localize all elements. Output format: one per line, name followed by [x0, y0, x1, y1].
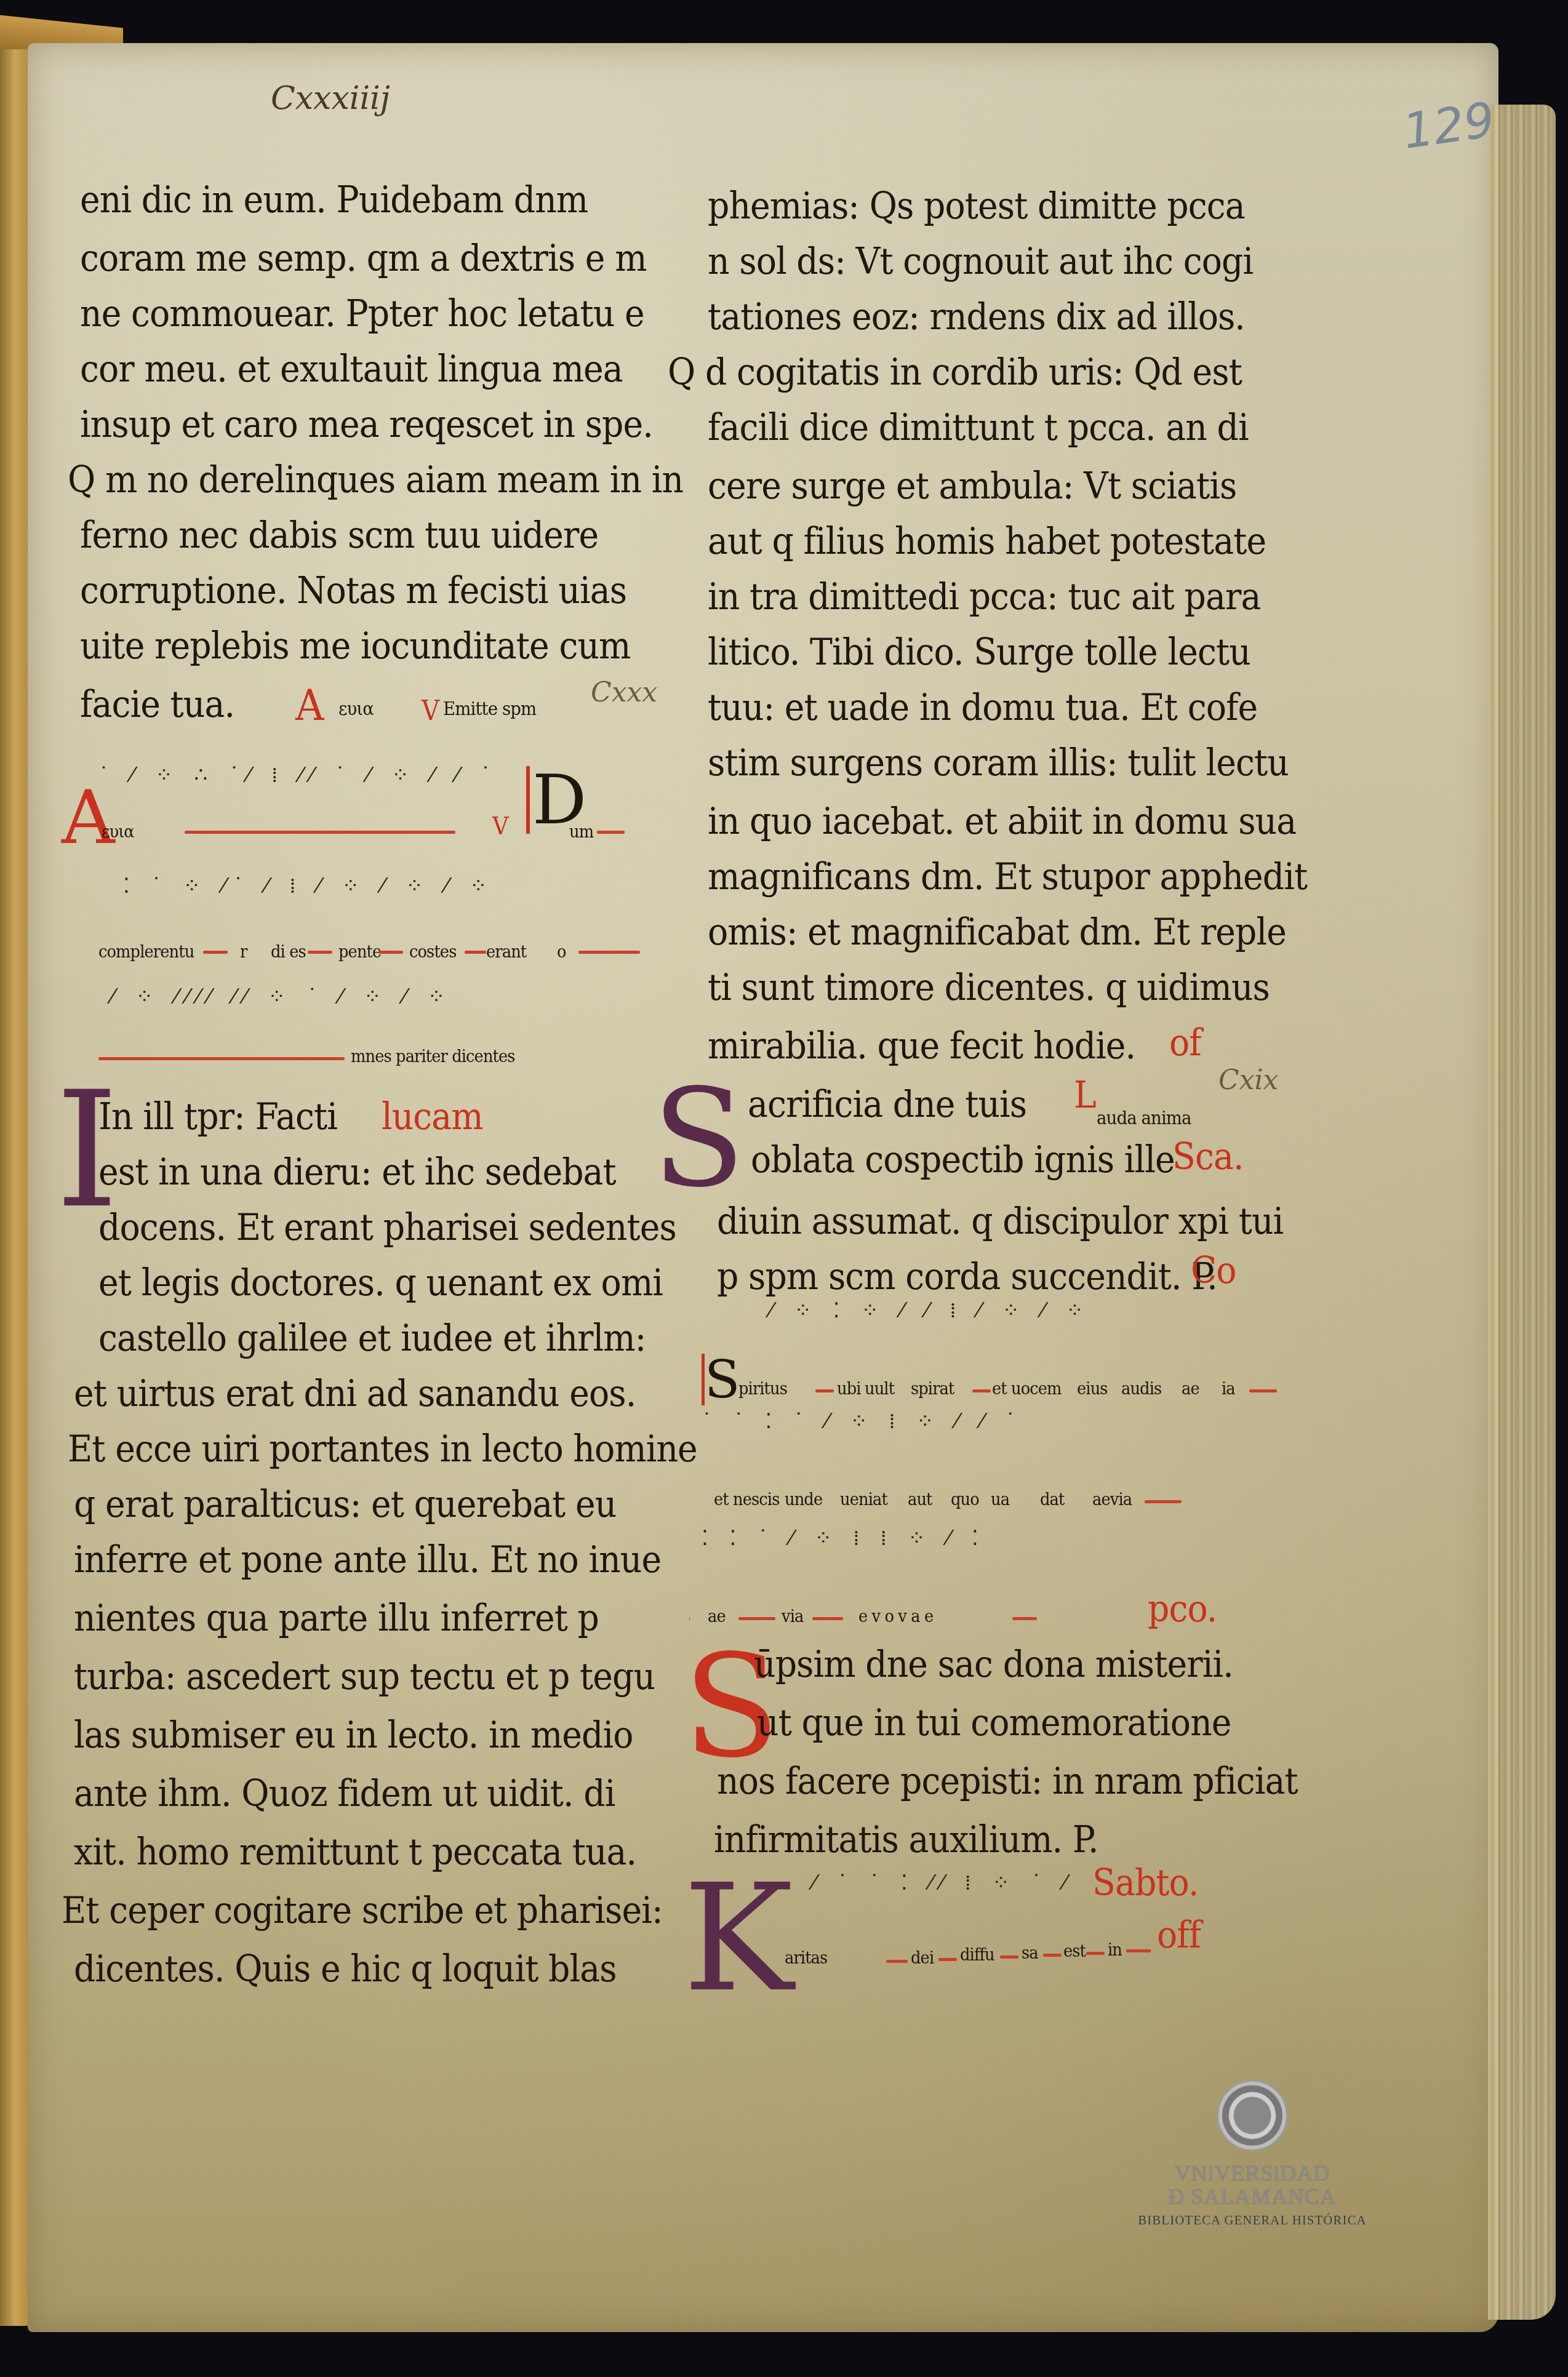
chant-syllable: ia	[1222, 1378, 1235, 1399]
text-line: oblata cospectib ignis ille	[751, 1138, 1175, 1181]
red-staff-line	[185, 831, 455, 834]
chant-syllable: uult	[865, 1378, 894, 1399]
text-line: las submiser eu in lecto. in medio	[74, 1714, 633, 1757]
text-line: uite replebis me iocunditate cum	[80, 625, 630, 668]
text-line: nos facere pcepisti: in nram pficiat	[717, 1760, 1298, 1803]
saturday-initial: K	[683, 1864, 793, 2012]
neumes: ˙ ˙ ⁚ ˙ ⁄ ⁘ ⁞ ⁘ ⁄ ⁄ ˙	[702, 1409, 1023, 1434]
rubric-communio: Co	[1191, 1249, 1236, 1292]
text-line: turba: ascedert sup tectu et p tegu	[74, 1655, 655, 1698]
text-line: ut que in tui comemoratione	[757, 1701, 1231, 1744]
chant-syllable: ueniat	[840, 1489, 887, 1509]
chant-syllable: ubi	[837, 1378, 861, 1399]
red-staff-line	[1043, 1954, 1062, 1957]
chant-syllable: unde	[785, 1489, 822, 1509]
chant-syllable: ae	[708, 1606, 726, 1626]
chant-syllable: et uocem	[992, 1378, 1062, 1399]
alleluia-text: ευια	[338, 698, 374, 720]
neumes: ⁄ ⁘ ⁄⁄⁄⁄ ⁄⁄ ⁘ ˙ ⁄ ⁘ ⁄ ⁘	[111, 985, 452, 1009]
lauda-initial: L	[1074, 1074, 1096, 1117]
text-line: Et ceper cogitare scribe et pharisei:	[62, 1889, 663, 1932]
chant-syllable: aevia	[1092, 1489, 1132, 1509]
verse-mark: V	[492, 812, 508, 841]
text-line: diuin assumat. q discipulor xpi tui	[717, 1200, 1283, 1243]
secret-initial: S	[652, 1071, 745, 1206]
text-line: cor meu. et exultauit lingua mea	[80, 348, 623, 391]
chant-syllable: complerentu	[98, 941, 194, 962]
red-staff-line	[1000, 1956, 1018, 1959]
text-line: et uirtus erat dni ad sanandu eos.	[74, 1372, 636, 1415]
chant-syllable: piritus	[738, 1378, 787, 1399]
text-line: Q d cogitatis in cordib uris: Qd est	[668, 351, 1242, 394]
rubric-office: off	[1157, 1914, 1201, 1957]
chant-syllable: r	[240, 941, 247, 962]
text-line: dicentes. Quis e hic q loquit blas	[74, 1948, 617, 1991]
text-line: facie tua.	[80, 683, 234, 726]
chant-syllable: aut	[908, 1489, 932, 1509]
library-watermark: VNiVERSiDAD Ð SALAMANCA BIBLIOTECA GENER…	[1135, 2080, 1369, 2228]
text-line: ferno nec dabis scm tuu uidere	[80, 514, 598, 557]
chant-syllable: spirat	[911, 1378, 954, 1399]
text-line: coram me semp. qm a dextris e m	[80, 237, 647, 280]
text-line: cere surge et ambula: Vt sciatis	[708, 465, 1236, 508]
text-line: litico. Tibi dico. Surge tolle lectu	[708, 631, 1250, 674]
text-line: Et ecce uiri portantes in lecto homine	[68, 1428, 697, 1471]
rubric-postcommunio: pco.	[1148, 1588, 1217, 1631]
chant-syllable: dat	[1040, 1489, 1064, 1509]
red-staff-line	[815, 1389, 834, 1392]
chant-syllable: di es	[271, 941, 306, 962]
university-seal-icon	[1217, 2080, 1288, 2151]
chant-syllable: costes	[409, 941, 456, 962]
red-staff-line	[1249, 1389, 1277, 1392]
text-line: in quo iacebat. et abiit in domu sua	[708, 800, 1296, 843]
red-staff-line	[578, 951, 640, 954]
running-header: Cxxxiiij	[271, 80, 390, 117]
red-staff-line	[1012, 1617, 1037, 1620]
text-line: magnificans dm. Et stupor apphedit	[708, 855, 1307, 898]
rubric-sabbato: Sabto.	[1092, 1861, 1199, 1904]
text-line: eni dic in eum. Puidebam dnm	[80, 178, 588, 222]
text-line: in tra dimittedi pcca: tuc ait para	[708, 575, 1260, 618]
red-staff-line	[98, 1057, 345, 1060]
communion-initial: S	[702, 1354, 740, 1405]
text-line: ti sunt timore dicentes. q uidimus	[708, 966, 1270, 1009]
red-staff-line	[1145, 1500, 1182, 1503]
text-line: Q m no derelinques aiam meam in in	[68, 458, 683, 501]
watermark-line-2: Ð SALAMANCA	[1135, 2186, 1369, 2209]
chant-syllable: eius	[1077, 1378, 1108, 1399]
page-edges-stack	[1488, 105, 1556, 2320]
red-staff-line	[378, 951, 403, 954]
margin-note-left: Cxxx	[591, 677, 657, 708]
chant-syllable: pente	[338, 941, 381, 962]
chant-syllable: erant	[486, 941, 526, 962]
text-line: facili dice dimittunt t pcca. an di	[708, 406, 1249, 449]
chant-syllable: quo	[951, 1489, 979, 1509]
neumes: ⁚ ˙ ⁘ ⁄˙ ⁄ ⁞ ⁄ ⁘ ⁄ ⁘ ⁄ ⁘	[123, 874, 494, 898]
red-staff-line	[308, 951, 332, 954]
text-line: est in una dieru: et ihc sedebat	[98, 1151, 616, 1194]
lauda-anima-incipit: auda anima	[1097, 1108, 1191, 1129]
text-line: ne commouear. Ppter hoc letatu e	[80, 292, 644, 335]
red-staff-line	[689, 1617, 690, 1620]
red-staff-line	[465, 951, 486, 954]
red-staff-line	[738, 1617, 775, 1620]
neumes: ⁄ ˙ ˙ ⁚ ⁄⁄ ⁞ ⁘ ˙ ⁄	[812, 1871, 1074, 1895]
text-line: phemias: Qs potest dimitte pcca	[708, 185, 1245, 228]
red-staff-line	[972, 1389, 991, 1392]
chant-syllable: e v o v a e	[858, 1606, 933, 1626]
text-line: inferre et pone ante illu. Et no inue	[74, 1538, 661, 1581]
red-staff-line	[203, 951, 228, 954]
chant-syllables: ευια	[102, 821, 134, 842]
rubric-offertory: of	[1169, 1021, 1201, 1065]
text-line: xit. homo remittunt t peccata tua.	[74, 1831, 636, 1874]
verse-incipit: Emitte spm	[443, 698, 536, 720]
chant-syllables: mnes pariter dicentes	[351, 1046, 515, 1066]
text-line: tationes eoz: rndens dix ad illos.	[708, 295, 1245, 338]
text-line: aut q filius homis habet potestate	[708, 520, 1266, 563]
chant-syllable: via	[782, 1606, 803, 1626]
text-line: n sol ds: Vt cognouit aut ihc cogi	[708, 240, 1253, 283]
text-line: omis: et magnificabat dm. Et reple	[708, 911, 1286, 954]
text-line: docens. Et erant pharisei sedentes	[98, 1206, 676, 1249]
text-line: castello galilee et iudee et ihrlm:	[98, 1317, 646, 1360]
text-line: mirabilia. que fecit hodie.	[708, 1025, 1135, 1068]
text-line: insup et caro mea reqescet in spe.	[80, 403, 653, 446]
chant-syllables: um	[569, 821, 593, 842]
text-line: q erat paralticus: et querebat eu	[74, 1483, 616, 1526]
red-staff-line	[1126, 1949, 1151, 1952]
text-line: p spm scm corda succendit. P.	[717, 1255, 1217, 1298]
chant-syllable: o	[557, 941, 566, 962]
chant-syllable: audis	[1121, 1378, 1161, 1399]
gospel-rubric: lucam	[382, 1095, 483, 1138]
chant-syllable: ae	[1182, 1378, 1199, 1399]
chant-syllable: est	[1063, 1941, 1086, 1961]
chant-syllable: diffu	[960, 1944, 994, 1965]
alleluia-initial: A	[295, 680, 324, 730]
neumes: ⁄ ⁘ ⁚ ⁘ ⁄ ⁄ ⁞ ⁄ ⁘ ⁄ ⁘	[769, 1298, 1091, 1323]
text-line: tuu: et uade in domu tua. Et cofe	[708, 686, 1257, 729]
red-staff-line	[938, 1958, 957, 1961]
text-line: stim surgens coram illis: tulit lectu	[708, 741, 1289, 785]
neumes: ⁚ ⁚ ˙ ⁄ ⁘ ⁞ ⁞ ⁘ ⁄ ⁚	[702, 1526, 986, 1551]
watermark-line-1: VNiVERSiDAD	[1135, 2162, 1369, 2186]
chant-syllable: aritas	[785, 1948, 827, 1968]
chant-initial: A	[62, 781, 115, 855]
chant-syllable: sa	[1022, 1943, 1038, 1963]
red-staff-line	[886, 1960, 908, 1963]
text-line: ūpsim dne sac dona misterii.	[754, 1643, 1233, 1686]
chant-syllable: dei	[911, 1948, 934, 1968]
text-line: et legis doctores. q uenant ex omi	[98, 1261, 663, 1304]
text-line: acrificia dne tuis	[748, 1083, 1026, 1126]
red-staff-line	[1086, 1952, 1105, 1955]
text-line: ante ihm. Quoz fidem ut uidit. di	[74, 1772, 615, 1815]
chant-syllable: et nescis	[714, 1489, 779, 1509]
chant-syllable: ua	[991, 1489, 1009, 1509]
text-line: corruptione. Notas m fecisti uias	[80, 569, 626, 612]
verse-mark: V	[422, 695, 439, 727]
rubric-secreta: Sca.	[1172, 1135, 1244, 1178]
margin-note-right: Cxix	[1218, 1065, 1278, 1096]
gospel-heading: In ill tpr: Facti	[98, 1095, 337, 1138]
chant-syllable: in	[1108, 1940, 1122, 1960]
red-staff-line	[597, 831, 625, 834]
neumes: ˙ ⁄ ⁘ ∴ ˙⁄ ⁞ ⁄⁄ ˙ ⁄ ⁘ ⁄ ⁄ ˙	[98, 763, 498, 788]
watermark-line-3: BIBLIOTECA GENERAL HISTÓRICA	[1135, 2213, 1369, 2228]
red-staff-line	[812, 1617, 843, 1620]
text-line: nientes qua parte illu inferret p	[74, 1597, 599, 1640]
